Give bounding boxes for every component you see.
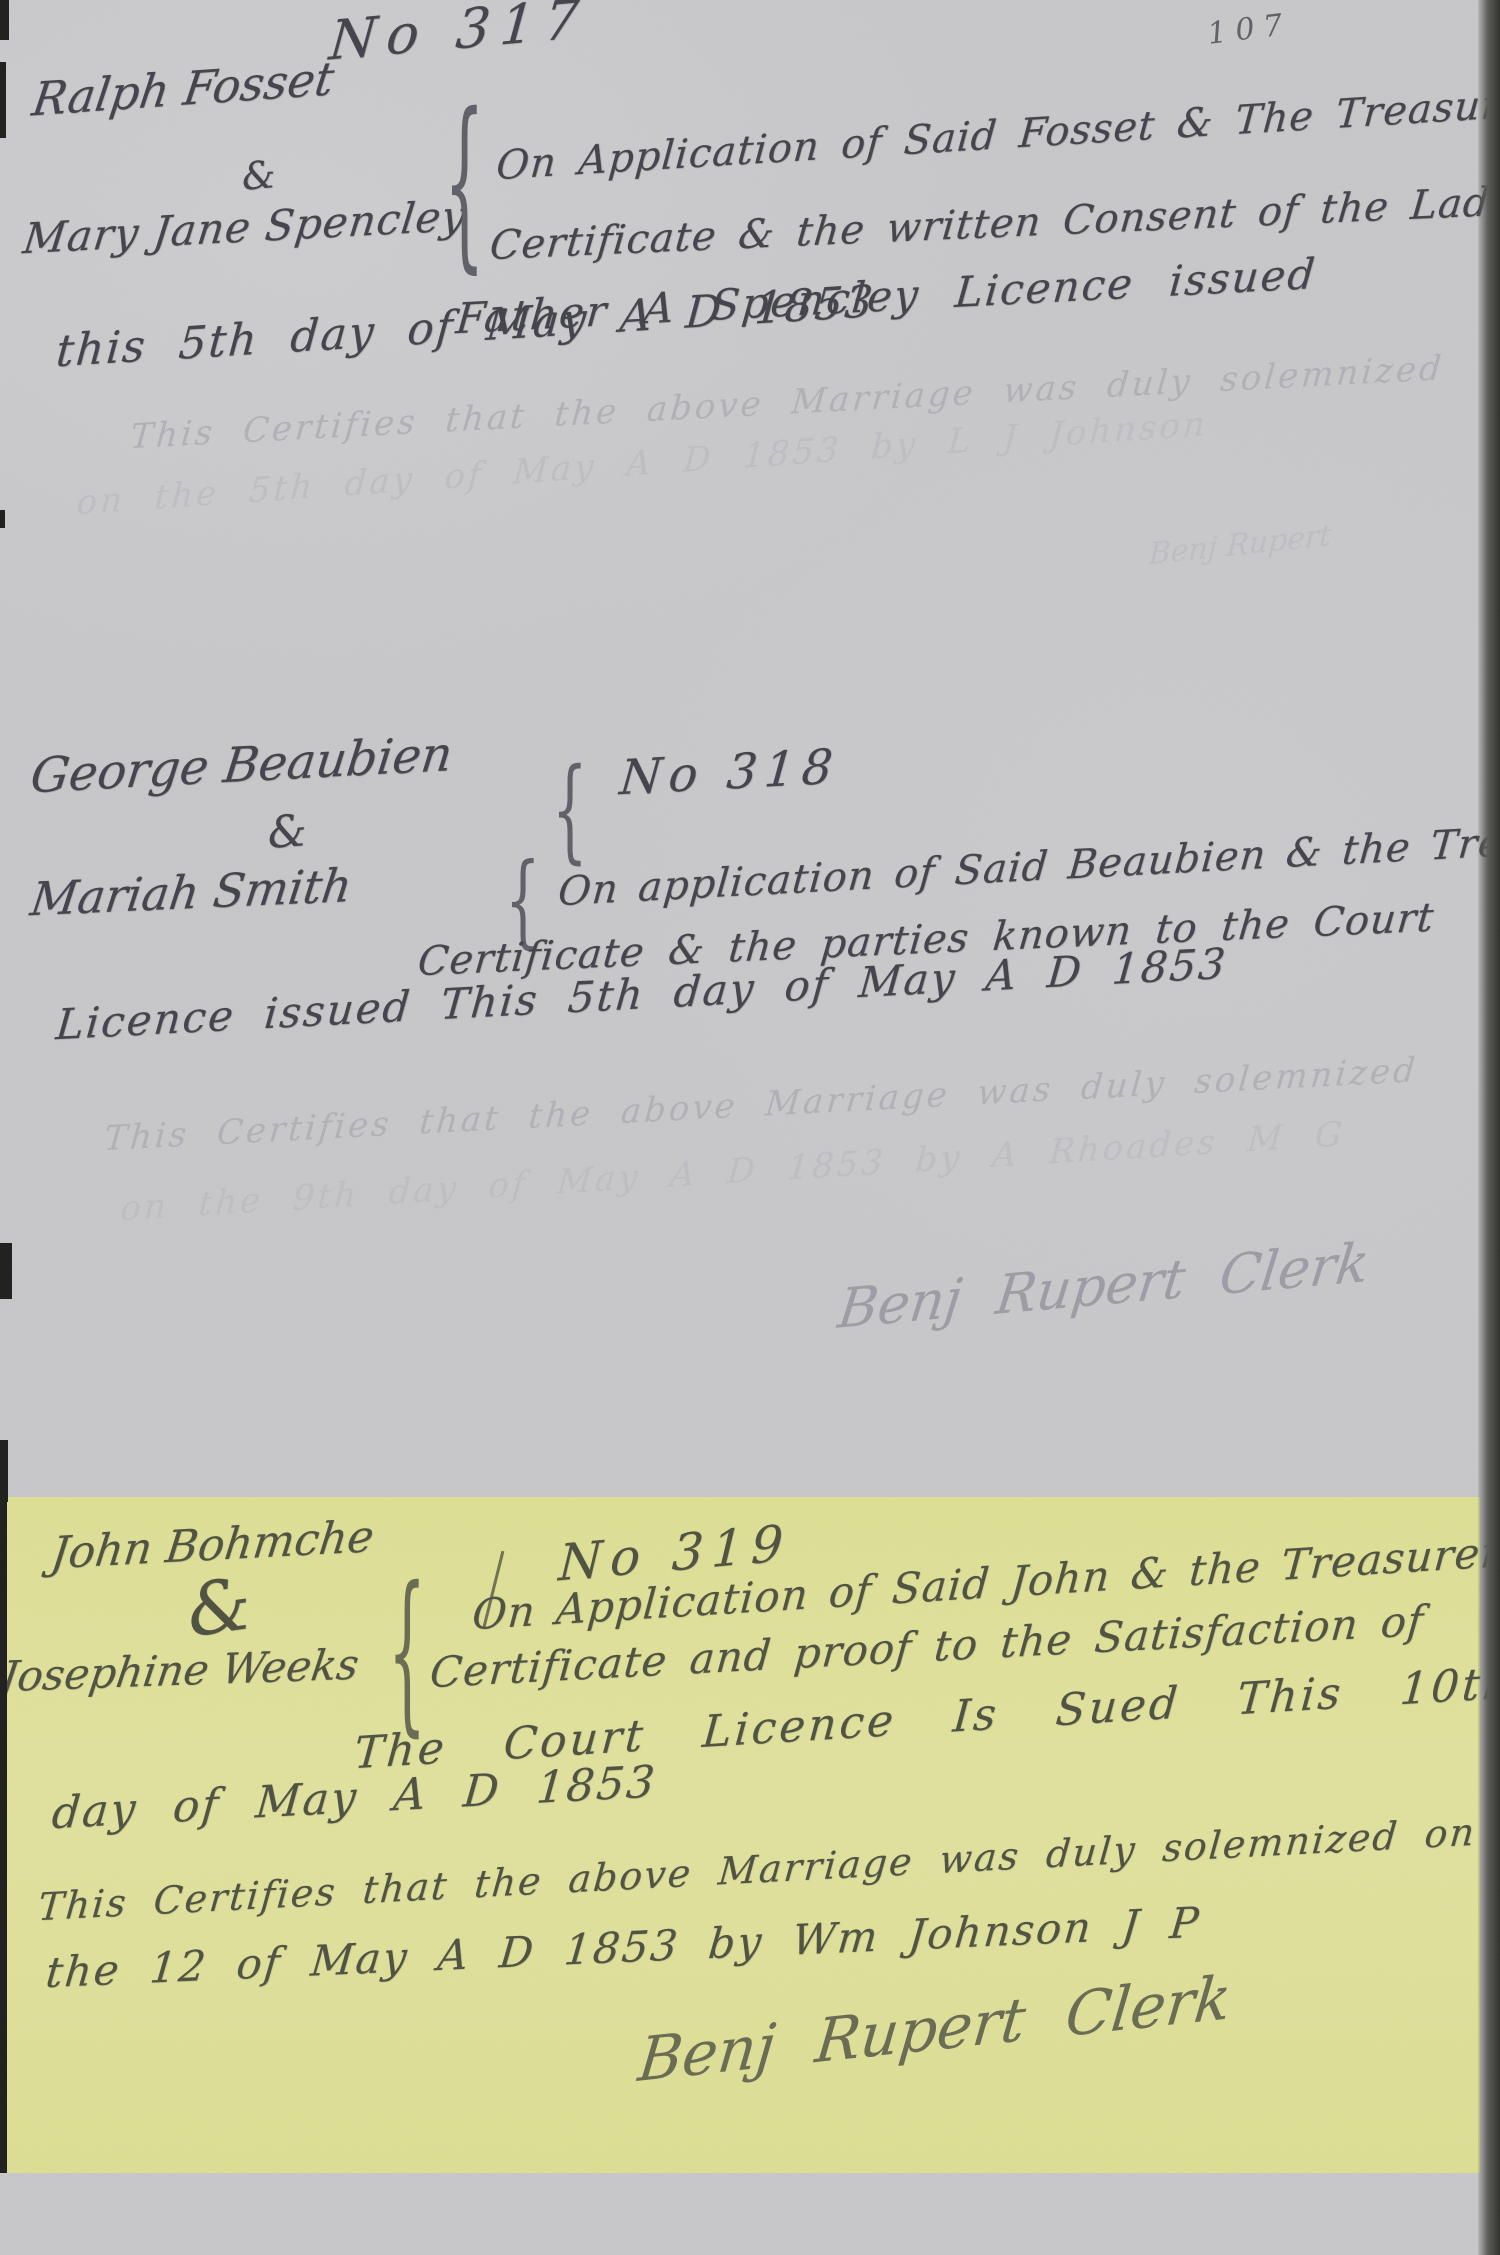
record-318-groom-name: George Beaubien [28,730,455,800]
scan-artifact [0,1440,8,1502]
record-317-number: No 317 [327,0,591,69]
record-318-number: No 318 [618,742,842,802]
record-317-application-line: On Application of Said Fosset & The Trea… [495,80,1500,186]
record-317-brace-icon: { [444,92,485,278]
scan-artifact [0,1243,12,1299]
record-317-groom-name: Ralph Fosset [29,55,336,123]
record-319-brace-icon: { [388,1566,426,1740]
scan-artifact [0,510,5,528]
record-317-certificate-line: Certificate & the written Consent of the… [488,180,1500,266]
record-318-brace-icon: { [552,756,588,868]
record-318-ampersand: & [266,809,308,856]
record-317-clerk-signature: Benj Rupert [1148,521,1332,571]
record-317-bride-name: Mary Jane Spencley [21,195,469,261]
record-317-ampersand: & [240,155,277,196]
page-number: 107 [1206,10,1293,50]
scanned-register-page: No 317 107 Ralph Fosset & Mary Jane Spen… [0,0,1500,2255]
scan-artifact [0,0,9,40]
record-318-bride-name: Mariah Smith [28,862,355,922]
scan-artifact [0,62,6,138]
record-319-bride-name: Josephine Weeks [0,1644,361,1699]
scan-artifact [0,1497,7,2173]
record-319-ampersand: & [182,1567,255,1647]
page-edge-right [1478,0,1500,2255]
record-318-clerk-signature: Benj Rupert Clerk [835,1236,1372,1337]
